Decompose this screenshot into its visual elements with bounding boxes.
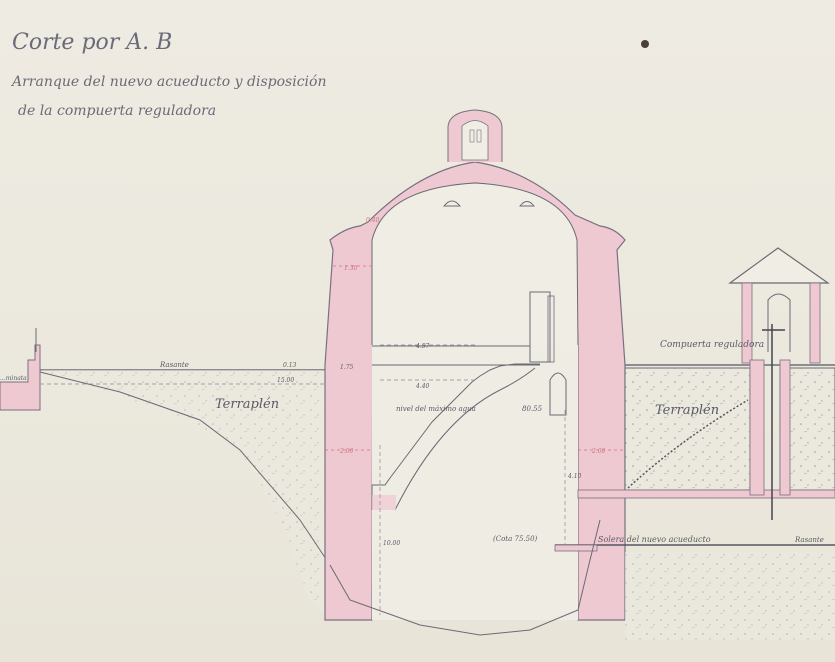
label-rasante-left: Rasante (159, 361, 189, 369)
dim-dome: 0.40 (366, 217, 380, 224)
label-nivel-agua: nivel del máximo agua (396, 405, 476, 413)
section-drawing: Terraplén Terraplén Compuerta reguladora… (0, 0, 835, 662)
label-solera: Solera del nuevo acueducto (598, 535, 711, 544)
dim-wall-upper: 1.30 (344, 265, 358, 272)
dim-vertical-right: 4.10 (567, 473, 582, 480)
label-rasante-right: Rasante (794, 536, 824, 544)
label-terraplen-right: Terraplén (655, 403, 719, 418)
ink-stain (641, 40, 649, 48)
main-tower (325, 110, 625, 620)
dim-457: 4.57 (415, 343, 430, 350)
dim-1500: 15.00 (277, 377, 294, 384)
label-compuerta: Compuerta reguladora (660, 340, 764, 350)
dim-440: 4.40 (415, 383, 430, 390)
drawing-sheet: Corte por A. B Arranque del nuevo acuedu… (0, 0, 835, 662)
dim-wall-right: 2.00 (591, 448, 606, 455)
label-terraplen-left: Terraplén (215, 397, 279, 412)
label-cota: (Cota 75.50) (493, 535, 538, 543)
dim-013: 0.13 (283, 362, 297, 369)
dim-175: 1.75 (340, 364, 354, 371)
dim-vertical-left: 10.00 (383, 540, 400, 547)
fill-right (625, 368, 750, 490)
label-left-edge: ...minata (0, 375, 27, 382)
dim-8055: 80.55 (522, 405, 543, 413)
dim-wall-left: 2.00 (339, 448, 354, 455)
fill-left (40, 370, 330, 620)
